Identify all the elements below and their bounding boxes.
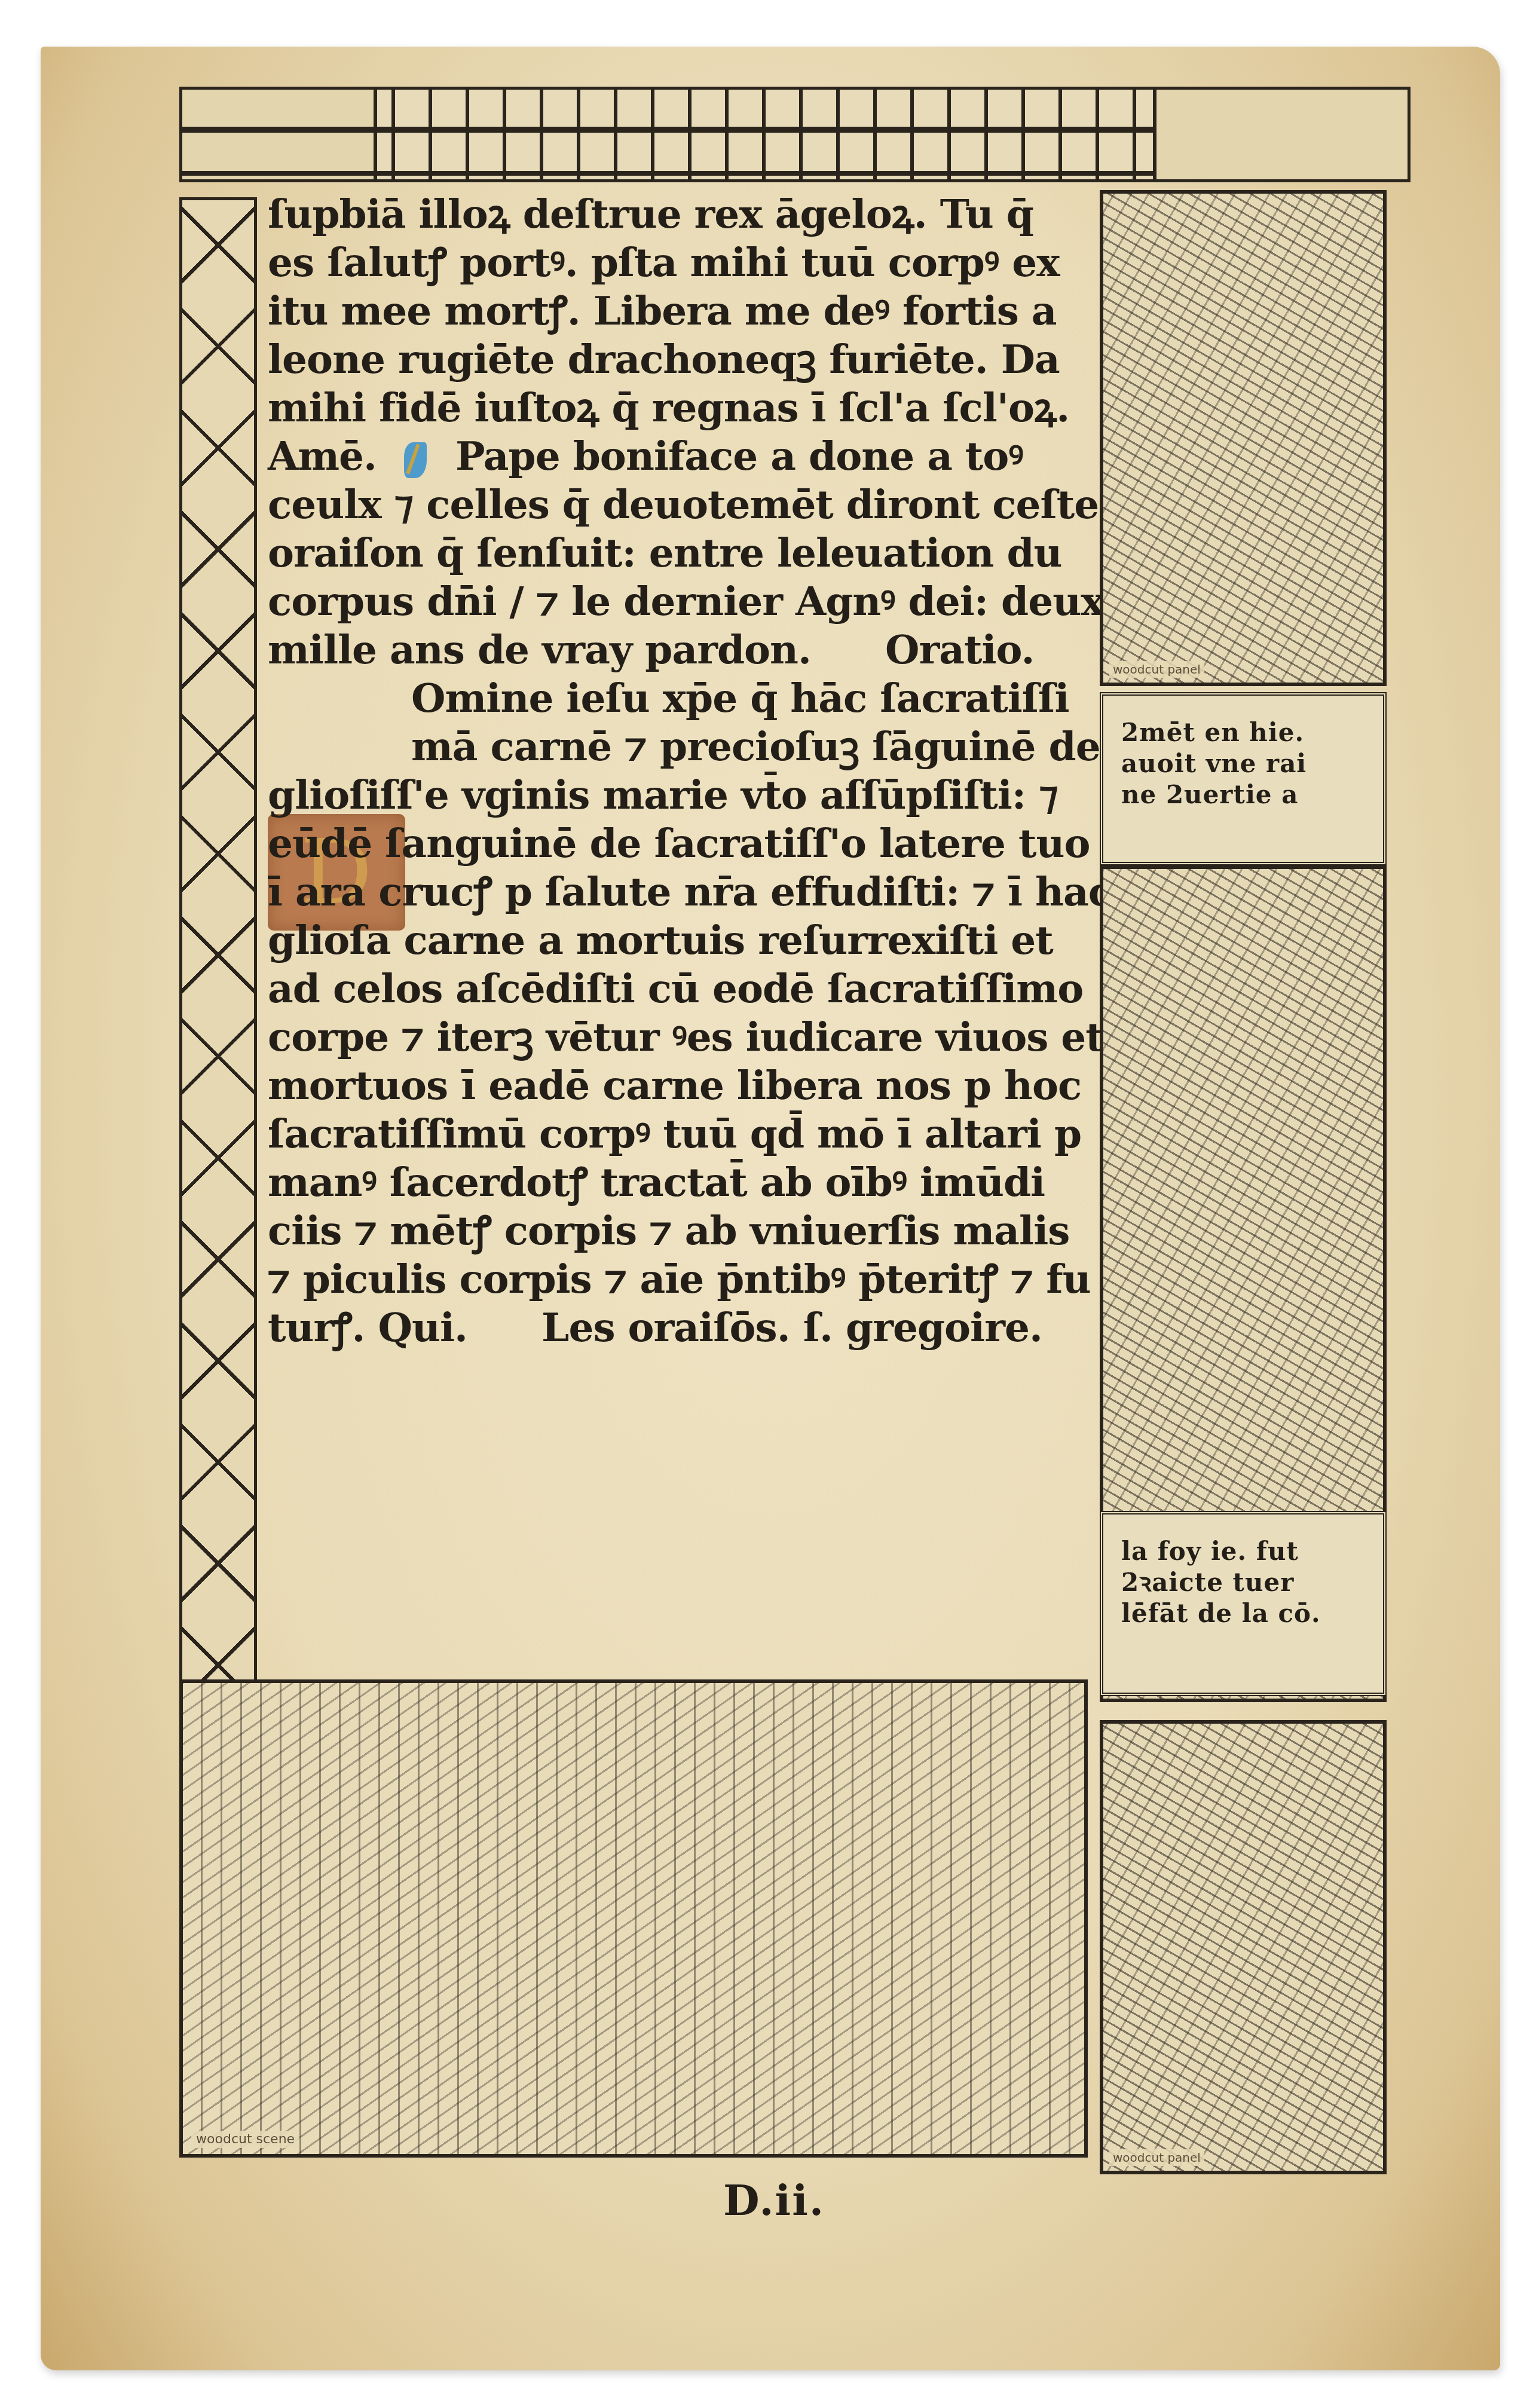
text-line: mihi fidē iuſtoꝝ q̄ regnas ī ſcl'a ſcl'o… bbox=[268, 384, 1102, 432]
signature-mark: D.ii. bbox=[723, 2176, 825, 2225]
text-line: ſacratiſſimū corpꝰ tuū qd̄ mō ī altari p bbox=[268, 1110, 1102, 1158]
caption-line: ne 2uertie a bbox=[1121, 779, 1371, 810]
oratio-heading: Oratio. bbox=[885, 626, 1034, 673]
text-line: eūdē ſanguinē de ſacratiſſ'o latere tuo bbox=[268, 819, 1102, 868]
bottom-woodcut-scene: woodcut scene bbox=[179, 1679, 1088, 2158]
text-line: ſupbiā illoꝝ deſtrue rex āgeloꝝ. Tu q̄ bbox=[268, 190, 1102, 238]
woodcut-panel-top: woodcut panel bbox=[1100, 190, 1387, 686]
text-line: manꝰ ſacerdotꝭ tractat̄ ab oībꝰ imūdi bbox=[268, 1158, 1102, 1207]
caption-line: auoit vne rai bbox=[1121, 748, 1371, 779]
woodcut-panel-bottom: woodcut panel bbox=[1100, 1720, 1387, 2174]
gregoire-heading: Les oraiſōs. ſ. gregoire. bbox=[541, 1304, 1042, 1351]
caption-line: lēfāt de la cō. bbox=[1121, 1598, 1371, 1629]
indulgence-rubric: Pape boniface a done a toꝰ bbox=[455, 433, 1023, 479]
panel-label: woodcut panel bbox=[1109, 661, 1204, 678]
text-line: ciis ⁊ mētꝭ corpis ⁊ ab vniuerſis malis bbox=[268, 1207, 1102, 1255]
text-line: es ſalutꝭ portꝰ. pſta mihi tuū corpꝰ ex bbox=[268, 238, 1102, 287]
text-line: corpus dn̄i / ⁊ le dernier Agnꝰ dei: deu… bbox=[268, 577, 1102, 626]
top-border-right-cap bbox=[1153, 90, 1408, 179]
text-line: ī ara crucꝭ p ſalute nr̄a effudiſti: ⁊ ī… bbox=[268, 868, 1102, 916]
text-line: itu mee mortꝭ. Libera me deꝰ fortis a bbox=[268, 287, 1102, 335]
text-line: corpe ⁊ iterꝫ vētur ꝰes iudicare viuos e… bbox=[268, 1013, 1102, 1061]
text-line: ⁊ piculis corpis ⁊ aīe p̄ntibꝰ p̄teritꝭ … bbox=[268, 1255, 1102, 1304]
text-line-qui: turꝭ. Qui. Les oraiſōs. ſ. gregoire. bbox=[268, 1304, 1102, 1352]
top-ornamental-border bbox=[179, 87, 1411, 182]
top-border-left-cap bbox=[182, 90, 377, 179]
caption-line: la foy ie. fut bbox=[1121, 1536, 1371, 1567]
scene-label: woodcut scene bbox=[191, 2131, 299, 2148]
text-line: leone rugiēte drachoneqꝫ furiēte. Da bbox=[268, 335, 1102, 384]
text-line-oratio: mille ans de vray pardon. Oratio. bbox=[268, 626, 1102, 674]
text-line-amen: Amē. Pape boniface a done a toꝰ bbox=[268, 432, 1102, 481]
text-line: ceulx ⁊ celles q̄ deuotemēt diront ceſte bbox=[268, 481, 1102, 529]
pardon-text: mille ans de vray pardon. bbox=[268, 626, 811, 673]
left-floral-border bbox=[179, 197, 257, 1685]
amen-text: Amē. bbox=[268, 433, 377, 479]
text-line: Omine ieſu xp̄e q̄ hāc ſacratiſſi bbox=[268, 674, 1102, 723]
text-line: ad celos aſcēdiſti cū eodē ſacratiſſimo bbox=[268, 965, 1102, 1013]
panel-label: woodcut panel bbox=[1109, 2149, 1204, 2166]
text-line: oraiſon q̄ ſenſuit: entre leleuation du bbox=[268, 529, 1102, 577]
qui-text: turꝭ. Qui. bbox=[268, 1304, 467, 1351]
text-line: mā carnē ⁊ precioſuꝫ ſāguinē de bbox=[268, 723, 1102, 771]
caption-line: 2mēt en hie. bbox=[1121, 717, 1371, 748]
caption-box-2: la foy ie. fut 2ꝛaicte tuer lēfāt de la … bbox=[1100, 1511, 1387, 1696]
main-text-column: ſupbiā illoꝝ deſtrue rex āgeloꝝ. Tu q̄ e… bbox=[268, 190, 1102, 1352]
text-line: glioſiſſ'e vginis marie vt̄o aſſūpſiſti:… bbox=[268, 771, 1102, 819]
paragraph-mark-icon bbox=[404, 442, 427, 478]
text-line: glioſa carne a mortuis reſurrexiſti et bbox=[268, 916, 1102, 965]
text-line: mortuos ī eadē carne libera nos p hoc bbox=[268, 1061, 1102, 1110]
caption-box-1: 2mēt en hie. auoit vne rai ne 2uertie a bbox=[1100, 692, 1387, 865]
caption-line: 2ꝛaicte tuer bbox=[1121, 1567, 1371, 1598]
